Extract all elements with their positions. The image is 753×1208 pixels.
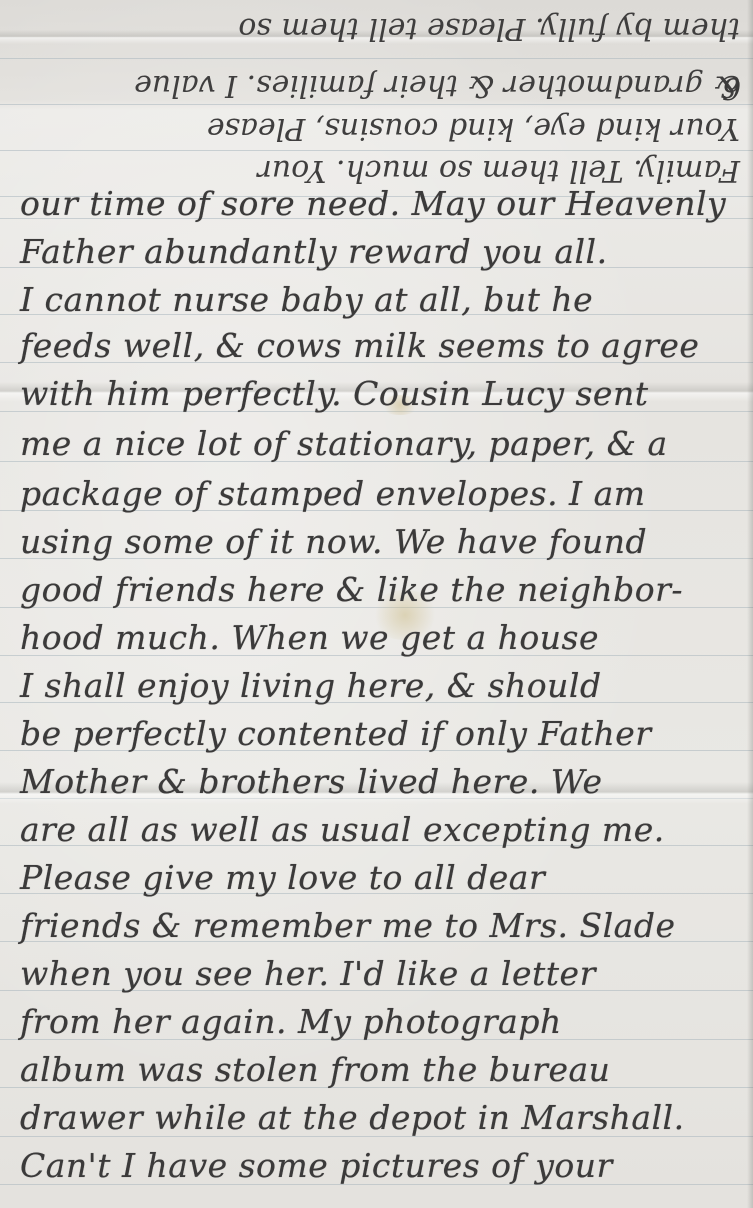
letter-line: when you see her. I'd like a letter <box>20 954 740 994</box>
upside-down-line: & grandmother & their families. I value <box>20 65 740 105</box>
letter-line: Can't I have some pictures of your <box>20 1146 740 1186</box>
letter-line: feeds well, & cows milk seems to agree <box>20 326 740 366</box>
letter-line: Please give my love to all dear <box>20 858 740 898</box>
letter-line: Father abundantly reward you all. <box>20 232 740 272</box>
letter-line: from her again. My photograph <box>20 1002 740 1042</box>
paper-edge <box>747 0 753 1208</box>
letter-line: drawer while at the depot in Marshall. <box>20 1098 740 1138</box>
letter-line: package of stamped envelopes. I am <box>20 474 740 514</box>
letter-line: be perfectly contented if only Father <box>20 714 740 754</box>
letter-line: friends & remember me to Mrs. Slade <box>20 906 740 946</box>
letter-line: I cannot nurse baby at all, but he <box>20 280 740 320</box>
letter-line: me a nice lot of stationary, paper, & a <box>20 424 740 464</box>
letter-page: them by fully. Please tell them so & gra… <box>0 0 753 1208</box>
letter-line: hood much. When we get a house <box>20 618 740 658</box>
letter-line: I shall enjoy living here, & should <box>20 666 740 706</box>
letter-line: good friends here & like the neighbor- <box>20 570 740 610</box>
upside-down-line: Your kind eye, kind cousins, Please <box>20 108 740 148</box>
letter-line: with him perfectly. Cousin Lucy sent <box>20 374 740 414</box>
letter-line: are all as well as usual excepting me. <box>20 810 740 850</box>
letter-line: using some of it now. We have found <box>20 522 740 562</box>
page-number: 6 <box>722 70 741 105</box>
ruled-line <box>0 58 753 59</box>
letter-line: our time of sore need. May our Heavenly <box>20 184 740 224</box>
letter-line: Mother & brothers lived here. We <box>20 762 740 802</box>
letter-line: album was stolen from the bureau <box>20 1050 740 1090</box>
upside-down-line: them by fully. Please tell them so <box>20 8 740 48</box>
